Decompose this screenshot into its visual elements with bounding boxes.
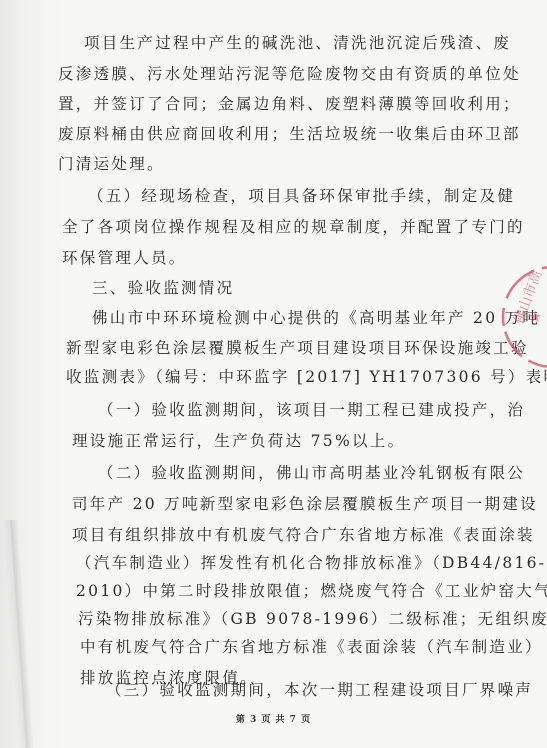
- paragraph-line: （五）经现场检查，项目具备环保审批手续，制定及健: [88, 186, 515, 206]
- paragraph-line: 理设施正常运行，生产负荷达 75%以上。: [72, 431, 405, 451]
- paragraph-line: 中有机废气符合广东省地方标准《表面涂装（汽车制造业）: [80, 637, 543, 657]
- paragraph-line: （汽车制造业）挥发性有机化合物排放标准》（DB44/816-: [76, 553, 546, 573]
- paragraph-line: 门清运处理。: [58, 154, 165, 174]
- paragraph-line: （三）验收监测期间，本次一期工程建设项目厂界噪声: [106, 680, 533, 700]
- svg-text:★: ★: [528, 307, 542, 326]
- official-seal-stamp: 佛山市高 ★: [498, 262, 547, 372]
- paragraph-line: （二）验收监测期间，佛山市高明基业冷轧钢板有限公: [98, 463, 525, 483]
- paragraph-line: （一）验收监测期间，该项目一期工程已建成投产，治: [98, 400, 525, 420]
- paragraph-line: 环保管理人员。: [62, 248, 187, 268]
- paragraph-line: 佛山市中环环境检测中心提供的《高明基业年产 20 万吨: [92, 308, 540, 328]
- section-heading: 三、验收监测情况: [92, 278, 234, 298]
- paragraph-line: 司年产 20 万吨新型家电彩色涂层覆膜板生产项目一期建设: [72, 494, 538, 514]
- paragraph-line: 废原料桶由供应商回收利用；生活垃圾统一收集后由环卫部: [58, 124, 521, 144]
- paragraph-line: 项目生产过程中产生的碱洗池、清洗池沉淀后残渣、废: [84, 33, 511, 53]
- paragraph-line: 新型家电彩色涂层覆膜板生产项目建设项目环保设施竣工验: [66, 338, 529, 358]
- paragraph-line: 2010）中第二时段排放限值；燃烧废气符合《工业炉窑大气: [76, 581, 547, 601]
- paragraph-line: 污染物排放标准》（GB 9078-1996）二级标准；无组织废气: [78, 609, 547, 629]
- page-number: 第 3 页 共 7 页: [0, 712, 547, 725]
- paragraph-line: 项目有组织排放中有机废气符合广东省地方标准《表面涂装: [72, 525, 535, 545]
- paragraph-line: 反渗透膜、污水处理站污泥等危险废物交由有资质的单位处: [58, 64, 521, 84]
- paragraph-line: 收监测表》（编号：中环监字 [2017] YH1707306 号）表明：: [66, 367, 547, 387]
- paragraph-line: 全了各项岗位操作规程及相应的规章制度，并配置了专门的: [62, 217, 525, 237]
- paragraph-line: 置，并签订了合同；金属边角料、废塑料薄膜等回收利用；: [58, 94, 521, 114]
